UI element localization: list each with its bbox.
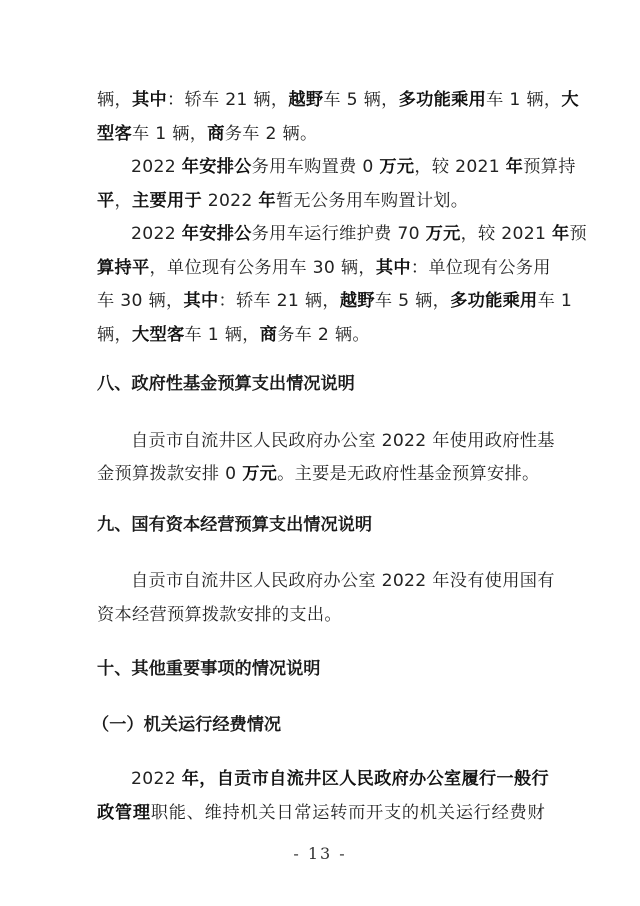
paragraph-line: 辆，大型客车 1 辆，商务车 2 辆。 <box>97 324 545 346</box>
text-run: 辆， <box>97 90 132 110</box>
text-run: 职能、维持机关日常运转而开支的机关运行经费财 <box>151 803 545 823</box>
paragraph-line: 2022 年安排公务用车运行维护费 70 万元，较 2021 年预 <box>131 223 545 245</box>
text-run-bold: 大 <box>561 90 579 110</box>
section-heading-government-fund: 八、政府性基金预算支出情况说明 <box>97 373 355 395</box>
text-run-bold: 算持平 <box>97 258 149 278</box>
paragraph-line: 资本经营预算拨款安排的支出。 <box>97 604 545 626</box>
paragraph-line: 平，主要用于 2022 年暂无公务用车购置计划。 <box>97 190 545 212</box>
paragraph-line: 政管理职能、维持机关日常运转而开支的机关运行经费财 <box>97 802 545 824</box>
text-run: ，较 2021 <box>414 157 505 177</box>
text-run-bold: 年 <box>506 157 524 177</box>
text-run: 车 30 辆， <box>97 291 183 311</box>
text-run-bold: 年 <box>552 224 570 244</box>
paragraph-line: 2022 年安排公务用车购置费 0 万元，较 2021 年预算持 <box>131 156 545 178</box>
text-run-bold: 万元 <box>379 157 414 177</box>
text-run: 预算持 <box>523 157 575 177</box>
text-run-bold: 越野 <box>340 291 375 311</box>
text-run-bold: 政管理 <box>97 803 151 823</box>
text-run: 预 <box>570 224 588 244</box>
paragraph-line: 算持平，单位现有公务用车 30 辆，其中：单位现有公务用 <box>97 257 545 279</box>
paragraph-line: 金预算拨款安排 0 万元。主要是无政府性基金预算安排。 <box>97 463 545 485</box>
text-run-bold: 多功能乘用 <box>450 291 537 311</box>
text-run: ，较 2021 <box>461 224 552 244</box>
text-run: 2022 <box>131 224 182 244</box>
text-run: 务用车购置费 0 <box>252 157 380 177</box>
text-run: 车 5 辆， <box>375 291 450 311</box>
text-run-bold: 平 <box>97 191 115 211</box>
text-run-bold: 多功能乘用 <box>399 90 486 110</box>
text-run: 金预算拨款安排 0 <box>97 464 242 484</box>
paragraph-line: 型客车 1 辆，商务车 2 辆。 <box>97 123 545 145</box>
text-run: ：轿车 21 辆， <box>167 90 288 110</box>
text-run-bold: 商 <box>260 325 278 345</box>
section-heading-state-capital: 九、国有资本经营预算支出情况说明 <box>97 514 372 536</box>
text-run: ，单位现有公务用车 30 辆， <box>149 258 375 278</box>
paragraph-line: 自贡市自流井区人民政府办公室 2022 年使用政府性基 <box>131 430 545 452</box>
paragraph-line: 车 30 辆，其中：轿车 21 辆，越野车 5 辆，多功能乘用车 1 <box>97 290 545 312</box>
text-run-bold: 年，自贡市自流井区人民政府办公室履行一般行 <box>182 769 549 789</box>
text-run-bold: 年 <box>258 191 276 211</box>
text-run: 车 5 辆， <box>323 90 398 110</box>
paragraph-line: 辆，其中：轿车 21 辆，越野车 5 辆，多功能乘用车 1 辆，大 <box>97 89 545 111</box>
text-run-bold: 年安排公 <box>182 224 252 244</box>
text-run-bold: 其中 <box>376 258 411 278</box>
subsection-heading-operating-expenses: （一）机关运行经费情况 <box>92 714 281 736</box>
section-heading-other-matters: 十、其他重要事项的情况说明 <box>97 658 320 680</box>
text-run: 辆， <box>97 325 132 345</box>
text-run: 暂无公务用车购置计划。 <box>276 191 468 211</box>
text-run: 务车 2 辆。 <box>225 124 318 144</box>
text-run-bold: 商 <box>207 124 225 144</box>
text-run-bold: 型客 <box>97 124 132 144</box>
text-run-bold: 主要用于 <box>132 191 202 211</box>
text-run: 车 1 辆， <box>132 124 207 144</box>
text-run-bold: 其中 <box>183 291 218 311</box>
text-run: 2022 <box>131 157 182 177</box>
page-number: - 13 - <box>0 844 640 863</box>
text-run: 2022 <box>202 191 258 211</box>
text-run-bold: 大型客 <box>132 325 184 345</box>
text-run-bold: 年安排公 <box>182 157 252 177</box>
text-run: 。主要是无政府性基金预算安排。 <box>277 464 539 484</box>
text-run-bold: 万元 <box>426 224 461 244</box>
text-run-bold: 其中 <box>132 90 167 110</box>
text-run-bold: 万元 <box>242 464 277 484</box>
text-run: ：轿车 21 辆， <box>218 291 339 311</box>
text-run-bold: 越野 <box>288 90 323 110</box>
paragraph-line: 自贡市自流井区人民政府办公室 2022 年没有使用国有 <box>131 570 545 592</box>
text-run: 2022 <box>131 769 182 789</box>
text-run: 车 1 辆， <box>184 325 259 345</box>
text-run: 务车 2 辆。 <box>277 325 370 345</box>
text-run: ：单位现有公务用 <box>411 258 551 278</box>
text-run: 车 1 辆， <box>486 90 561 110</box>
text-run: ， <box>115 191 133 211</box>
text-run: 务用车运行维护费 70 <box>252 224 426 244</box>
paragraph-line: 2022 年，自贡市自流井区人民政府办公室履行一般行 <box>131 768 545 790</box>
text-run: 车 1 <box>538 291 573 311</box>
